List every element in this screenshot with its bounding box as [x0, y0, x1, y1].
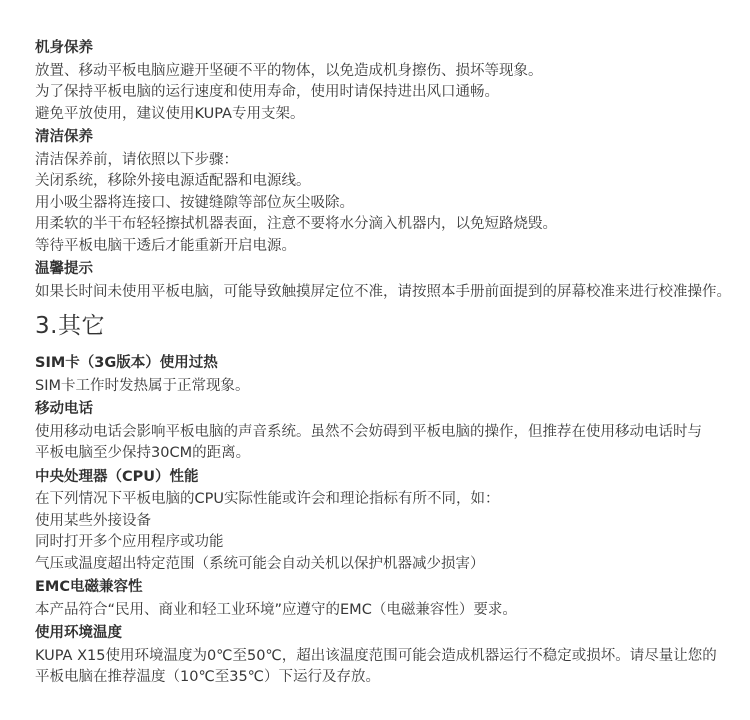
text-line: 避免平放使用，建议使用KUPA专用支架。 — [35, 104, 735, 126]
text-line: 平板电脑至少保持30CM的距离。 — [35, 443, 735, 465]
section-heading: 移动电话 — [35, 399, 735, 421]
section-cpu-performance: 中央处理器（CPU）性能 在下列情况下平板电脑的CPU实际性能或许会和理论指标有… — [35, 467, 735, 576]
text-line: KUPA X15使用环境温度为0℃至50℃，超出该温度范围可能会造成机器运行不稳… — [35, 646, 735, 668]
section-heading: EMC电磁兼容性 — [35, 577, 735, 599]
manual-page: 机身保养 放置、移动平板电脑应避开坚硬不平的物体，以免造成机身擦伤、损坏等现象。… — [0, 0, 750, 689]
text-line: 为了保持平板电脑的运行速度和使用寿命，使用时请保持进出风口通畅。 — [35, 82, 735, 104]
text-line: 关闭系统，移除外接电源适配器和电源线。 — [35, 171, 735, 193]
text-line: 用小吸尘器将连接口、按键缝隙等部位灰尘吸除。 — [35, 193, 735, 215]
section-heading: 使用环境温度 — [35, 623, 735, 645]
section-heading: 中央处理器（CPU）性能 — [35, 467, 735, 489]
text-line: 用柔软的半干布轻轻擦拭机器表面，注意不要将水分滴入机器内，以免短路烧毁。 — [35, 214, 735, 236]
paragraph: 如果长时间未使用平板电脑，可能导致触摸屏定位不准，请按照本手册前面提到的屏幕校准… — [35, 282, 735, 304]
paragraph: KUPA X15使用环境温度为0℃至50℃，超出该温度范围可能会造成机器运行不稳… — [35, 646, 735, 689]
section-heading: 清洁保养 — [35, 127, 735, 149]
section-mobile-phone: 移动电话 使用移动电话会影响平板电脑的声音系统。虽然不会妨碍到平板电脑的操作，但… — [35, 399, 735, 465]
text-line: SIM卡工作时发热属于正常现象。 — [35, 376, 735, 398]
text-line: 气压或温度超出特定范围（系统可能会自动关机以保护机器减少损害） — [35, 554, 735, 576]
text-line: 使用移动电话会影响平板电脑的声音系统。虽然不会妨碍到平板电脑的操作，但推荐在使用… — [35, 422, 735, 444]
paragraph: 清洁保养前，请依照以下步骤： 关闭系统，移除外接电源适配器和电源线。 用小吸尘器… — [35, 150, 735, 258]
text-line: 放置、移动平板电脑应避开坚硬不平的物体，以免造成机身擦伤、损坏等现象。 — [35, 61, 735, 83]
text-line: 如果长时间未使用平板电脑，可能导致触摸屏定位不准，请按照本手册前面提到的屏幕校准… — [35, 282, 735, 304]
text-line: 等待平板电脑干透后才能重新开启电源。 — [35, 236, 735, 258]
section-heading: SIM卡（3G版本）使用过热 — [35, 353, 735, 375]
text-line: 本产品符合“民用、商业和轻工业环境”应遵守的EMC（电磁兼容性）要求。 — [35, 600, 735, 622]
section-operating-temperature: 使用环境温度 KUPA X15使用环境温度为0℃至50℃，超出该温度范围可能会造… — [35, 623, 735, 689]
text-line: 清洁保养前，请依照以下步骤： — [35, 150, 735, 172]
text-line: 平板电脑在推荐温度（10℃至35℃）下运行及存放。 — [35, 667, 735, 689]
section-warm-tips: 温馨提示 如果长时间未使用平板电脑，可能导致触摸屏定位不准，请按照本手册前面提到… — [35, 259, 735, 303]
paragraph: SIM卡工作时发热属于正常现象。 — [35, 376, 735, 398]
paragraph: 使用移动电话会影响平板电脑的声音系统。虽然不会妨碍到平板电脑的操作，但推荐在使用… — [35, 422, 735, 465]
section-sim-overheat: SIM卡（3G版本）使用过热 SIM卡工作时发热属于正常现象。 — [35, 353, 735, 397]
text-line: 同时打开多个应用程序或功能 — [35, 532, 735, 554]
paragraph: 放置、移动平板电脑应避开坚硬不平的物体，以免造成机身擦伤、损坏等现象。 为了保持… — [35, 61, 735, 126]
section-body-care: 机身保养 放置、移动平板电脑应避开坚硬不平的物体，以免造成机身擦伤、损坏等现象。… — [35, 38, 735, 125]
section-heading: 温馨提示 — [35, 259, 735, 281]
section-cleaning-care: 清洁保养 清洁保养前，请依照以下步骤： 关闭系统，移除外接电源适配器和电源线。 … — [35, 127, 735, 257]
paragraph: 在下列情况下平板电脑的CPU实际性能或许会和理论指标有所不同，如： 使用某些外接… — [35, 489, 735, 575]
section-emc: EMC电磁兼容性 本产品符合“民用、商业和轻工业环境”应遵守的EMC（电磁兼容性… — [35, 577, 735, 621]
text-line: 使用某些外接设备 — [35, 511, 735, 533]
chapter-heading: 3.其它 — [35, 311, 735, 341]
paragraph: 本产品符合“民用、商业和轻工业环境”应遵守的EMC（电磁兼容性）要求。 — [35, 600, 735, 622]
text-line: 在下列情况下平板电脑的CPU实际性能或许会和理论指标有所不同，如： — [35, 489, 735, 511]
section-heading: 机身保养 — [35, 38, 735, 60]
